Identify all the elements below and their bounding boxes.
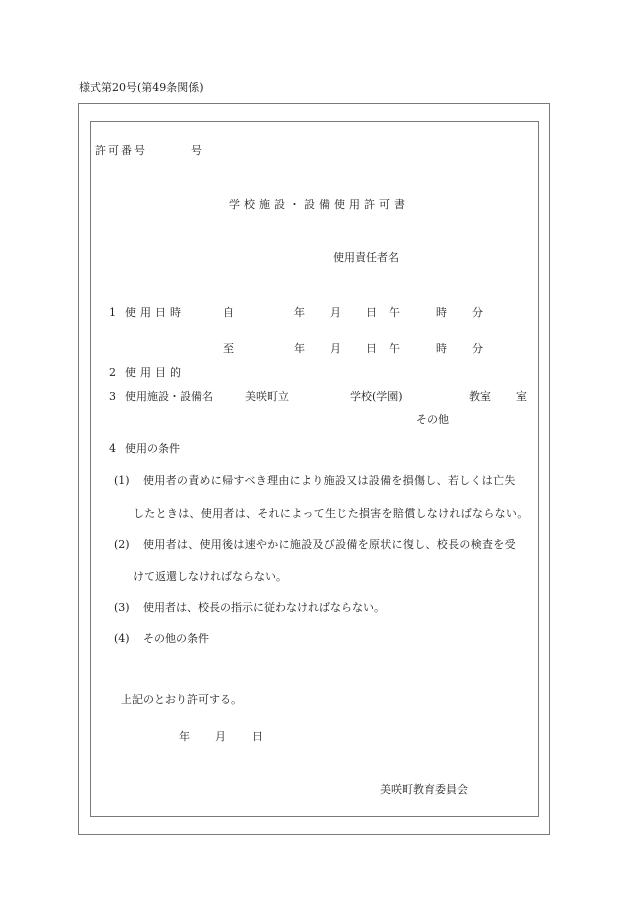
approval-statement: 上記のとおり許可する。 <box>121 693 242 707</box>
from-year: 年 <box>294 306 305 320</box>
to-year: 年 <box>294 342 305 356</box>
condition-4-text: その他の条件 <box>143 632 209 646</box>
to-label: 至 <box>223 342 234 356</box>
condition-2-line1: 使用者は、使用後は速やかに施設及び設備を原状に復し、校長の検査を受 <box>143 538 516 552</box>
condition-1-number: (1) <box>114 474 130 488</box>
section-2-label: 使用目的 <box>125 366 185 380</box>
inner-frame <box>90 121 539 817</box>
condition-3-number: (3) <box>114 601 130 615</box>
section-2-number: 2 <box>109 366 116 380</box>
condition-1-line2: したときは、使用者は、それによって生じた損害を賠償しなければならない。 <box>133 507 529 521</box>
to-day: 日 <box>366 342 377 356</box>
issuer-name: 美咲町教育委員会 <box>380 783 468 797</box>
section-4-label: 使用の条件 <box>125 442 180 456</box>
facility-classroom: 教室 <box>469 390 491 404</box>
responsible-person-label: 使用責任者名 <box>333 251 399 265</box>
section-4-number: 4 <box>109 442 116 456</box>
condition-2-line2: けて返還しなければならない。 <box>133 570 287 584</box>
section-1-label: 使用日時 <box>125 306 185 320</box>
section-3-label: 使用施設・設備名 <box>125 390 213 404</box>
from-label: 自 <box>223 306 234 320</box>
facility-room: 室 <box>516 390 527 404</box>
facility-school: 学校(学園) <box>350 390 403 404</box>
approval-day: 日 <box>252 730 263 744</box>
approval-month: 月 <box>215 730 226 744</box>
section-3-number: 3 <box>109 390 116 404</box>
to-minute: 分 <box>472 342 483 356</box>
section-1-number: 1 <box>109 306 116 320</box>
approval-year: 年 <box>179 730 190 744</box>
permit-number-suffix: 号 <box>191 144 202 158</box>
permit-number-label: 許可番号 <box>95 144 147 158</box>
from-minute: 分 <box>472 306 483 320</box>
from-month: 月 <box>330 306 341 320</box>
from-ampm: 午 <box>389 306 400 320</box>
condition-2-number: (2) <box>114 538 130 552</box>
facility-town: 美咲町立 <box>245 390 289 404</box>
to-ampm: 午 <box>389 342 400 356</box>
document-title: 学校施設・設備使用許可書 <box>229 198 409 212</box>
form-number-label: 様式第20号(第49条関係) <box>79 81 204 95</box>
to-month: 月 <box>330 342 341 356</box>
condition-4-number: (4) <box>114 632 130 646</box>
to-hour: 時 <box>436 342 447 356</box>
condition-1-line1: 使用者の責めに帰すべき理由により施設又は設備を損傷し、若しくは亡失 <box>143 474 516 488</box>
condition-3-text: 使用者は、校長の指示に従わなければならない。 <box>143 601 385 615</box>
facility-other: その他 <box>416 413 449 427</box>
from-hour: 時 <box>436 306 447 320</box>
from-day: 日 <box>366 306 377 320</box>
